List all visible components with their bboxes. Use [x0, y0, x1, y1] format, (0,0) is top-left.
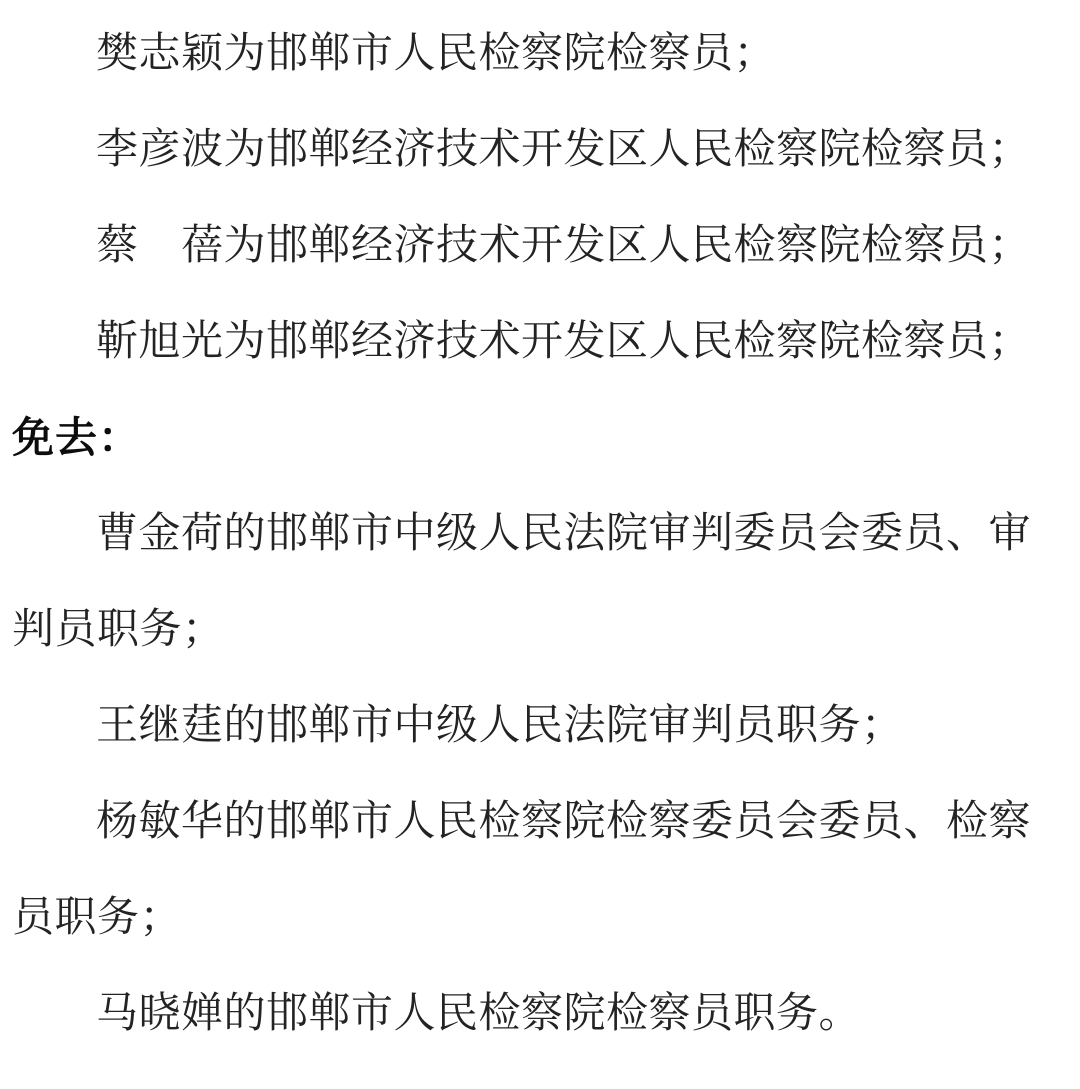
- removal-paragraph: 曹金荷的邯郸市中级人民法院审判委员会委员、审判员职务；: [12, 486, 1068, 678]
- appointment-paragraph: 樊志颖为邯郸市人民检察院检察员；: [12, 6, 1068, 102]
- appointment-paragraph: 靳旭光为邯郸经济技术开发区人民检察院检察员；: [12, 294, 1068, 390]
- appointment-paragraph: 李彦波为邯郸经济技术开发区人民检察院检察员；: [12, 102, 1068, 198]
- document-page: 樊志颖为邯郸市人民检察院检察员； 李彦波为邯郸经济技术开发区人民检察院检察员； …: [0, 0, 1080, 1089]
- removal-paragraph: 马晓婵的邯郸市人民检察院检察员职务。: [12, 966, 1068, 1062]
- removal-section-heading: 免去：: [12, 390, 1068, 486]
- removal-paragraph: 王继莛的邯郸市中级人民法院审判员职务；: [12, 678, 1068, 774]
- removal-paragraph: 杨敏华的邯郸市人民检察院检察委员会委员、检察员职务；: [12, 774, 1068, 966]
- appointment-paragraph: 蔡 蓓为邯郸经济技术开发区人民检察院检察员；: [12, 198, 1068, 294]
